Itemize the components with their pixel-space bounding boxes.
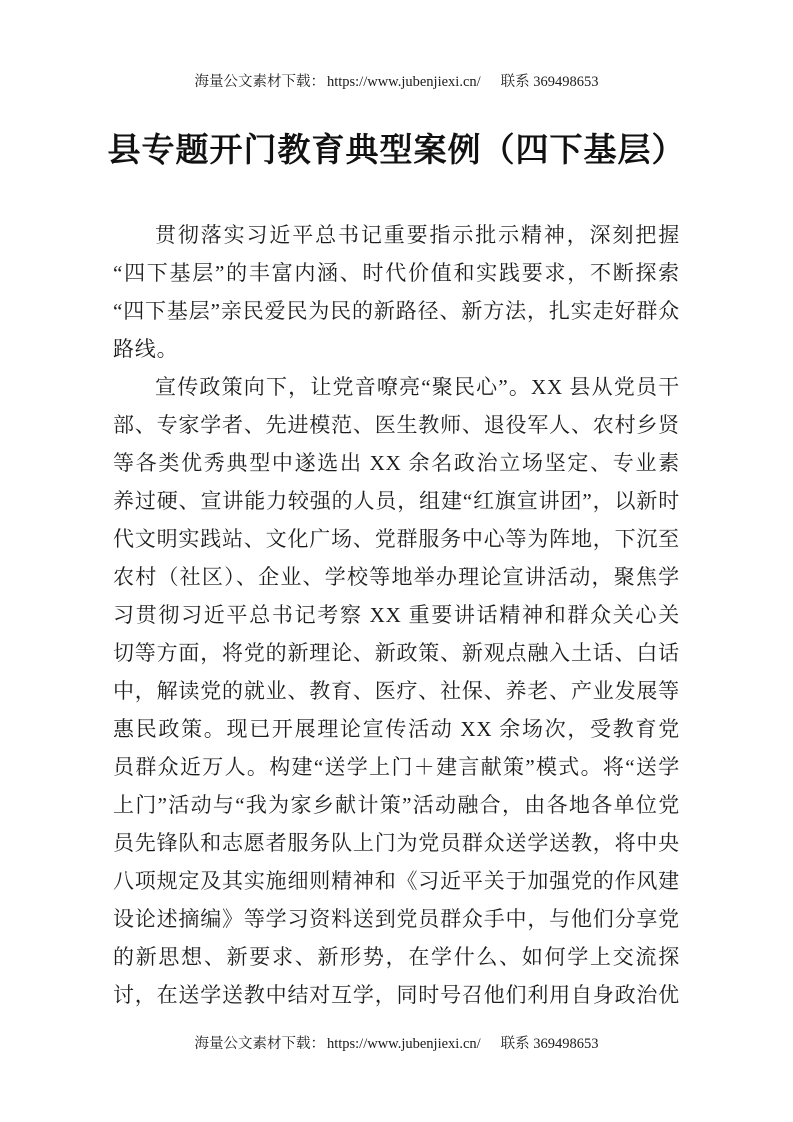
document-title: 县专题开门教育典型案例（四下基层）	[100, 126, 693, 176]
header-url-link[interactable]: https://www.jubenjiexi.cn/	[327, 74, 481, 90]
footer-contact: 联系 369498653	[501, 1036, 599, 1052]
document-page: 海量公文素材下载：https://www.jubenjiexi.cn/联系 36…	[0, 0, 793, 1122]
header-prefix: 海量公文素材下载：	[194, 74, 325, 90]
paragraph: 宣传政策向下，让党音嘹亮“聚民心”。XX 县从党员干部、专家学者、先进模范、医生…	[113, 368, 680, 1016]
footer-url-link[interactable]: https://www.jubenjiexi.cn/	[327, 1036, 481, 1052]
header-contact: 联系 369498653	[501, 74, 599, 90]
document-body: 贯彻落实习近平总书记重要指示批示精神，深刻把握“四下基层”的丰富内涵、时代价值和…	[113, 216, 680, 1016]
page-footer: 海量公文素材下载：https://www.jubenjiexi.cn/联系 36…	[96, 1034, 697, 1054]
paragraph: 贯彻落实习近平总书记重要指示批示精神，深刻把握“四下基层”的丰富内涵、时代价值和…	[113, 216, 680, 368]
page-header: 海量公文素材下载：https://www.jubenjiexi.cn/联系 36…	[96, 72, 697, 92]
footer-prefix: 海量公文素材下载：	[194, 1036, 325, 1052]
